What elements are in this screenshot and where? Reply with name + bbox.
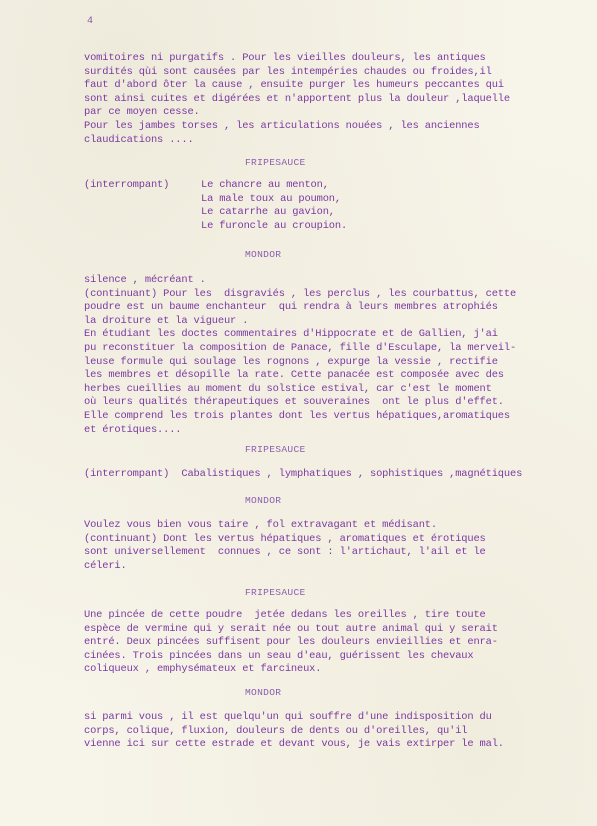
text-line: sont ainsi cuites et digérées et n'appor… bbox=[84, 93, 510, 107]
mondor-speech-3: si parmi vous , il est quelqu'un qui sou… bbox=[84, 711, 504, 752]
text-line: (continuant) Dont les vertus hépatiques … bbox=[84, 533, 486, 547]
text-line: Une pincée de cette poudre jetée dedans … bbox=[84, 609, 498, 623]
typewritten-page: 4 vomitoires ni purgatifs . Pour les vie… bbox=[0, 0, 597, 826]
speaker-fripesauce: FRIPESAUCE bbox=[245, 157, 306, 168]
text-line: faut d'abord ôter la cause , ensuite pur… bbox=[84, 79, 510, 93]
text-line: claudications .... bbox=[84, 134, 510, 148]
text-line: En étudiant les doctes commentaires d'Hi… bbox=[84, 328, 516, 342]
page-number: 4 bbox=[87, 16, 93, 27]
speaker-fripesauce: FRIPESAUCE bbox=[245, 587, 306, 598]
speaker-mondor: MONDOR bbox=[245, 249, 281, 260]
text-line: La male toux au poumon, bbox=[201, 193, 347, 207]
fripesauce-speech: Une pincée de cette poudre jetée dedans … bbox=[84, 609, 498, 677]
text-line: surdités qùi sont causées par les intemp… bbox=[84, 66, 510, 80]
intro-paragraph: vomitoires ni purgatifs . Pour les vieil… bbox=[84, 52, 510, 147]
text-line: pu reconstituer la composition de Panace… bbox=[84, 342, 516, 356]
text-line: poudre est un baume enchanteur qui rendr… bbox=[84, 301, 516, 315]
text-line: Le chancre au menton, bbox=[201, 179, 347, 193]
speaker-mondor: MONDOR bbox=[245, 495, 281, 506]
text-line: cinées. Trois pincées dans un seau d'eau… bbox=[84, 650, 498, 664]
text-line: Le catarrhe au gavion, bbox=[201, 206, 347, 220]
text-line: (continuant) Pour les disgraviés , les p… bbox=[84, 288, 516, 302]
text-line: espèce de vermine qui y serait née ou to… bbox=[84, 623, 498, 637]
text-line: vomitoires ni purgatifs . Pour les vieil… bbox=[84, 52, 510, 66]
text-line: corps, colique, fluxion, douleurs de den… bbox=[84, 725, 504, 739]
speaker-fripesauce: FRIPESAUCE bbox=[245, 444, 306, 455]
verse: Le chancre au menton,La male toux au pou… bbox=[201, 179, 347, 233]
text-line: sont universellement connues , ce sont :… bbox=[84, 546, 486, 560]
text-line: Pour les jambes torses , les articulatio… bbox=[84, 120, 510, 134]
mondor-speech-1: silence , mécréant .(continuant) Pour le… bbox=[84, 274, 516, 437]
text-line: si parmi vous , il est quelqu'un qui sou… bbox=[84, 711, 504, 725]
text-line: céleri. bbox=[84, 560, 486, 574]
text-line: vienne ici sur cette estrade et devant v… bbox=[84, 738, 504, 752]
text-line: leuse formule qui soulage les rognons , … bbox=[84, 356, 516, 370]
text-line: herbes cueillies au moment du solstice e… bbox=[84, 383, 516, 397]
text-line: la droiture et la vigueur . bbox=[84, 315, 516, 329]
text-line: par ce moyen cesse. bbox=[84, 106, 510, 120]
text-line: coliqueux , emphysémateux et farcineux. bbox=[84, 663, 498, 677]
fripesauce-interruption: (interrompant) Cabalistiques , lymphatiq… bbox=[84, 468, 522, 482]
text-line: Elle comprend les trois plantes dont les… bbox=[84, 410, 516, 424]
text-line: Voulez vous bien vous taire , fol extrav… bbox=[84, 519, 486, 533]
text-line: Le furoncle au croupion. bbox=[201, 220, 347, 234]
mondor-speech-2: Voulez vous bien vous taire , fol extrav… bbox=[84, 519, 486, 573]
text-line: où leurs qualités thérapeutiques et souv… bbox=[84, 396, 516, 410]
text-line: silence , mécréant . bbox=[84, 274, 516, 288]
speaker-mondor: MONDOR bbox=[245, 687, 281, 698]
stage-direction: (interrompant) bbox=[84, 179, 169, 193]
text-line: les membres et désopille la rate. Cette … bbox=[84, 369, 516, 383]
text-line: entré. Deux pincées suffisent pour les d… bbox=[84, 636, 498, 650]
text-line: et érotiques.... bbox=[84, 424, 516, 438]
